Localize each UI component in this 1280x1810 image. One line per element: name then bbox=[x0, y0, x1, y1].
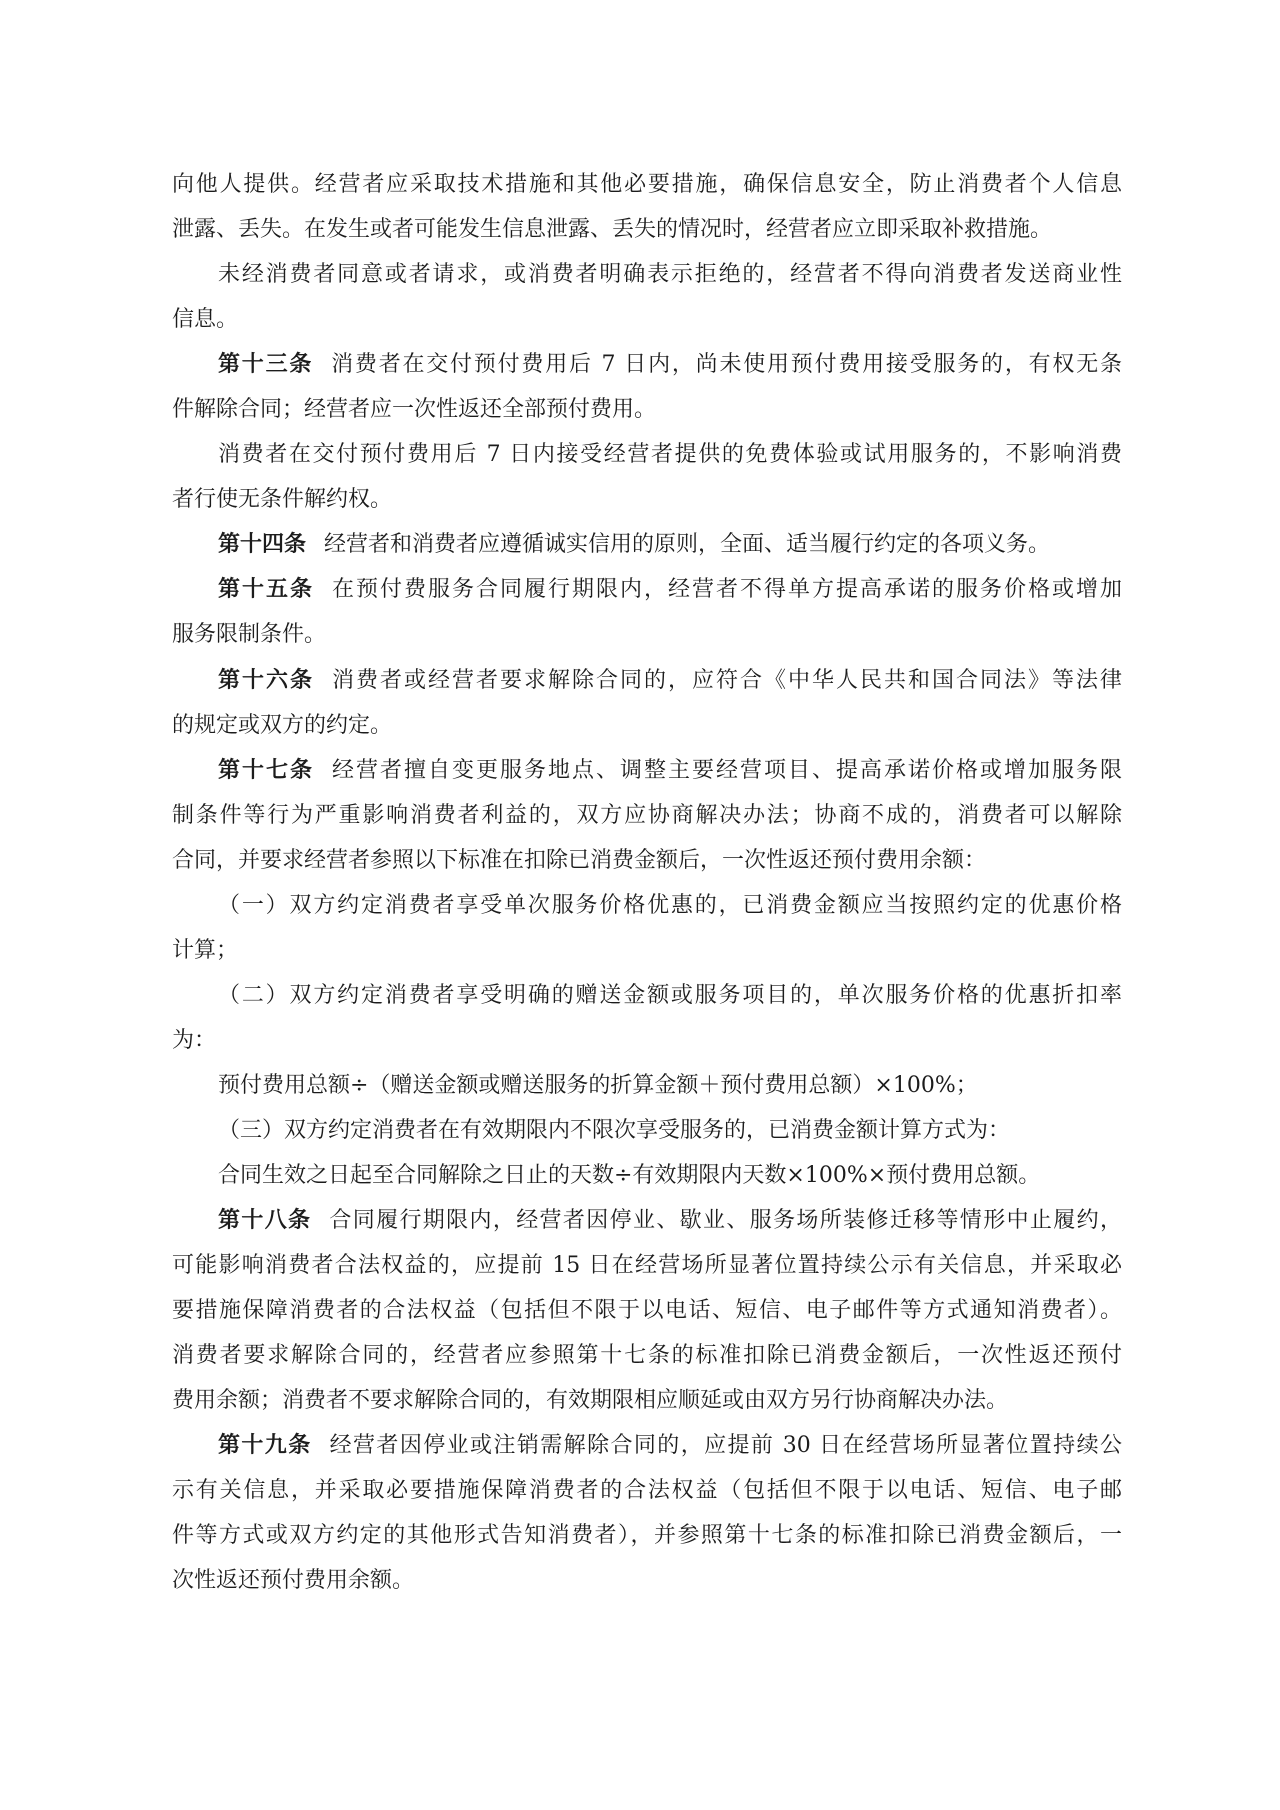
line-text: 制条件等行为严重影响消费者利益的，双方应协商解决办法；协商不成的，消费者可以解除 bbox=[172, 803, 1122, 828]
text-line: 第十六条消费者或经营者要求解除合同的，应符合《中华人民共和国合同法》等法律 bbox=[172, 658, 1122, 703]
line-text: 可能影响消费者合法权益的，应提前 15 日在经营场所显著位置持续公示有关信息，并… bbox=[172, 1253, 1122, 1278]
line-text: 者行使无条件解约权。 bbox=[172, 487, 392, 512]
text-line: 件等方式或双方约定的其他形式告知消费者），并参照第十七条的标准扣除已消费金额后，… bbox=[172, 1513, 1122, 1558]
article-heading: 第十七条 bbox=[218, 758, 314, 783]
text-line: 次性返还预付费用余额。 bbox=[172, 1558, 1122, 1603]
text-line: 未经消费者同意或者请求，或消费者明确表示拒绝的，经营者不得向消费者发送商业性 bbox=[172, 252, 1122, 297]
text-line: 合同，并要求经营者参照以下标准在扣除已消费金额后，一次性返还预付费用余额： bbox=[172, 838, 1122, 883]
line-text: 示有关信息，并采取必要措施保障消费者的合法权益（包括但不限于以电话、短信、电子邮 bbox=[172, 1478, 1122, 1503]
line-text: 经营者因停业或注销需解除合同的，应提前 30 日在经营场所显著位置持续公 bbox=[330, 1433, 1122, 1458]
text-line: 向他人提供。经营者应采取技术措施和其他必要措施，确保信息安全，防止消费者个人信息 bbox=[172, 162, 1122, 207]
line-text: 的规定或双方的约定。 bbox=[172, 713, 392, 738]
line-text: 合同生效之日起至合同解除之日止的天数÷有效期限内天数×100%×预付费用总额。 bbox=[218, 1163, 1040, 1188]
text-line: 第十五条在预付费服务合同履行期限内，经营者不得单方提高承诺的服务价格或增加 bbox=[172, 567, 1122, 612]
text-line: 预付费用总额÷（赠送金额或赠送服务的折算金额＋预付费用总额）×100%； bbox=[172, 1063, 1122, 1108]
line-text: 合同，并要求经营者参照以下标准在扣除已消费金额后，一次性返还预付费用余额： bbox=[172, 848, 986, 873]
text-line: 件解除合同；经营者应一次性返还全部预付费用。 bbox=[172, 387, 1122, 432]
text-line: （二）双方约定消费者享受明确的赠送金额或服务项目的，单次服务价格的优惠折扣率 bbox=[172, 973, 1122, 1018]
line-text: 消费者在交付预付费用后 7 日内，尚未使用预付费用接受服务的，有权无条 bbox=[331, 352, 1122, 377]
line-text: （一）双方约定消费者享受单次服务价格优惠的，已消费金额应当按照约定的优惠价格 bbox=[218, 893, 1122, 918]
text-line: 的规定或双方的约定。 bbox=[172, 703, 1122, 748]
article-heading: 第十四条 bbox=[218, 532, 306, 557]
line-text: 服务限制条件。 bbox=[172, 622, 326, 647]
line-text: （三）双方约定消费者在有效期限内不限次享受服务的，已消费金额计算方式为： bbox=[218, 1118, 1010, 1143]
text-line: 要措施保障消费者的合法权益（包括但不限于以电话、短信、电子邮件等方式通知消费者）… bbox=[172, 1288, 1122, 1333]
text-line: 服务限制条件。 bbox=[172, 612, 1122, 657]
text-line: 消费者要求解除合同的，经营者应参照第十七条的标准扣除已消费金额后，一次性返还预付 bbox=[172, 1333, 1122, 1378]
line-text: 计算； bbox=[172, 938, 238, 963]
text-line: 泄露、丢失。在发生或者可能发生信息泄露、丢失的情况时，经营者应立即采取补救措施。 bbox=[172, 207, 1122, 252]
line-text: 消费者要求解除合同的，经营者应参照第十七条的标准扣除已消费金额后，一次性返还预付 bbox=[172, 1343, 1122, 1368]
text-line: 计算； bbox=[172, 928, 1122, 973]
line-text: 经营者擅自变更服务地点、调整主要经营项目、提高承诺价格或增加服务限 bbox=[332, 758, 1122, 783]
text-line: 第十四条经营者和消费者应遵循诚实信用的原则，全面、适当履行约定的各项义务。 bbox=[172, 522, 1122, 567]
article-heading: 第十八条 bbox=[218, 1208, 311, 1233]
text-line: 第十八条合同履行期限内，经营者因停业、歇业、服务场所装修迁移等情形中止履约， bbox=[172, 1198, 1122, 1243]
text-line: 制条件等行为严重影响消费者利益的，双方应协商解决办法；协商不成的，消费者可以解除 bbox=[172, 793, 1122, 838]
text-line: 消费者在交付预付费用后 7 日内接受经营者提供的免费体验或试用服务的，不影响消费 bbox=[172, 432, 1122, 477]
line-text: 预付费用总额÷（赠送金额或赠送服务的折算金额＋预付费用总额）×100%； bbox=[218, 1073, 978, 1098]
line-text: 在预付费服务合同履行期限内，经营者不得单方提高承诺的服务价格或增加 bbox=[332, 577, 1122, 602]
text-line: 为： bbox=[172, 1018, 1122, 1063]
line-text: 泄露、丢失。在发生或者可能发生信息泄露、丢失的情况时，经营者应立即采取补救措施。 bbox=[172, 217, 1052, 242]
text-line: 示有关信息，并采取必要措施保障消费者的合法权益（包括但不限于以电话、短信、电子邮 bbox=[172, 1468, 1122, 1513]
line-text: 未经消费者同意或者请求，或消费者明确表示拒绝的，经营者不得向消费者发送商业性 bbox=[218, 262, 1122, 287]
line-text: （二）双方约定消费者享受明确的赠送金额或服务项目的，单次服务价格的优惠折扣率 bbox=[218, 983, 1122, 1008]
text-line: （一）双方约定消费者享受单次服务价格优惠的，已消费金额应当按照约定的优惠价格 bbox=[172, 883, 1122, 928]
article-heading: 第十六条 bbox=[218, 668, 314, 693]
text-line: 信息。 bbox=[172, 297, 1122, 342]
line-text: 要措施保障消费者的合法权益（包括但不限于以电话、短信、电子邮件等方式通知消费者）… bbox=[172, 1298, 1122, 1323]
line-text: 经营者和消费者应遵循诚实信用的原则，全面、适当履行约定的各项义务。 bbox=[324, 532, 1050, 557]
article-heading: 第十五条 bbox=[218, 577, 314, 602]
line-text: 合同履行期限内，经营者因停业、歇业、服务场所装修迁移等情形中止履约， bbox=[329, 1208, 1122, 1233]
text-line: 合同生效之日起至合同解除之日止的天数÷有效期限内天数×100%×预付费用总额。 bbox=[172, 1153, 1122, 1198]
text-line: （三）双方约定消费者在有效期限内不限次享受服务的，已消费金额计算方式为： bbox=[172, 1108, 1122, 1153]
article-heading: 第十九条 bbox=[218, 1433, 312, 1458]
document-body: 向他人提供。经营者应采取技术措施和其他必要措施，确保信息安全，防止消费者个人信息… bbox=[172, 162, 1122, 1604]
text-line: 者行使无条件解约权。 bbox=[172, 477, 1122, 522]
text-line: 第十三条消费者在交付预付费用后 7 日内，尚未使用预付费用接受服务的，有权无条 bbox=[172, 342, 1122, 387]
text-line: 费用余额；消费者不要求解除合同的，有效期限相应顺延或由双方另行协商解决办法。 bbox=[172, 1378, 1122, 1423]
text-line: 第十九条经营者因停业或注销需解除合同的，应提前 30 日在经营场所显著位置持续公 bbox=[172, 1423, 1122, 1468]
text-line: 可能影响消费者合法权益的，应提前 15 日在经营场所显著位置持续公示有关信息，并… bbox=[172, 1243, 1122, 1288]
document-page: 向他人提供。经营者应采取技术措施和其他必要措施，确保信息安全，防止消费者个人信息… bbox=[0, 0, 1280, 1810]
line-text: 向他人提供。经营者应采取技术措施和其他必要措施，确保信息安全，防止消费者个人信息 bbox=[172, 172, 1122, 197]
line-text: 次性返还预付费用余额。 bbox=[172, 1568, 414, 1593]
line-text: 为： bbox=[172, 1028, 216, 1053]
line-text: 信息。 bbox=[172, 307, 238, 332]
line-text: 件等方式或双方约定的其他形式告知消费者），并参照第十七条的标准扣除已消费金额后，… bbox=[172, 1523, 1122, 1548]
line-text: 消费者或经营者要求解除合同的，应符合《中华人民共和国合同法》等法律 bbox=[332, 668, 1122, 693]
text-line: 第十七条经营者擅自变更服务地点、调整主要经营项目、提高承诺价格或增加服务限 bbox=[172, 748, 1122, 793]
line-text: 费用余额；消费者不要求解除合同的，有效期限相应顺延或由双方另行协商解决办法。 bbox=[172, 1388, 1008, 1413]
line-text: 消费者在交付预付费用后 7 日内接受经营者提供的免费体验或试用服务的，不影响消费 bbox=[218, 442, 1122, 467]
article-heading: 第十三条 bbox=[218, 352, 313, 377]
line-text: 件解除合同；经营者应一次性返还全部预付费用。 bbox=[172, 397, 656, 422]
